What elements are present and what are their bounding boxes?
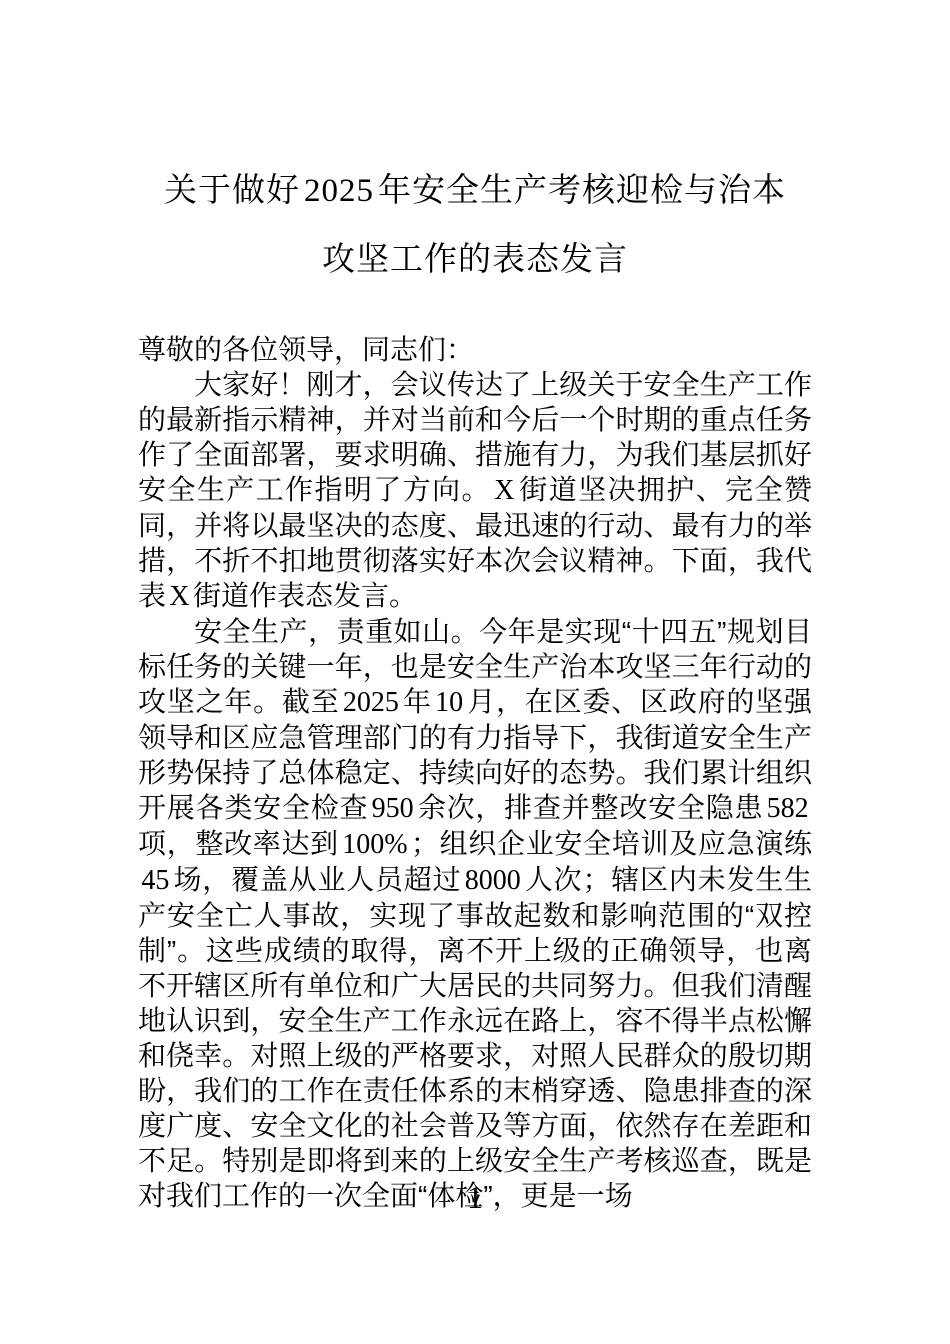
paragraph-main: 安全生产，责重如山。今年是实现“十四五”规划目标任务的关键一年，也是安全生产治本… (138, 614, 812, 1213)
paragraph-opening: 大家好！刚才，会议传达了上级关于安全生产工作的最新指示精神，并对当前和今后一个时… (138, 367, 812, 614)
document-page: 关于做好2025年安全生产考核迎检与治本 攻坚工作的表态发言 尊敬的各位领导，同… (0, 0, 950, 1344)
title-line-1: 关于做好2025年安全生产考核迎检与治本 (0, 156, 950, 225)
page-number: 1 (0, 1180, 950, 1214)
title-line-2: 攻坚工作的表态发言 (0, 225, 950, 292)
document-body: 尊敬的各位领导，同志们： 大家好！刚才，会议传达了上级关于安全生产工作的最新指示… (138, 332, 812, 1213)
salutation: 尊敬的各位领导，同志们： (138, 332, 812, 367)
document-title: 关于做好2025年安全生产考核迎检与治本 攻坚工作的表态发言 (0, 0, 950, 292)
